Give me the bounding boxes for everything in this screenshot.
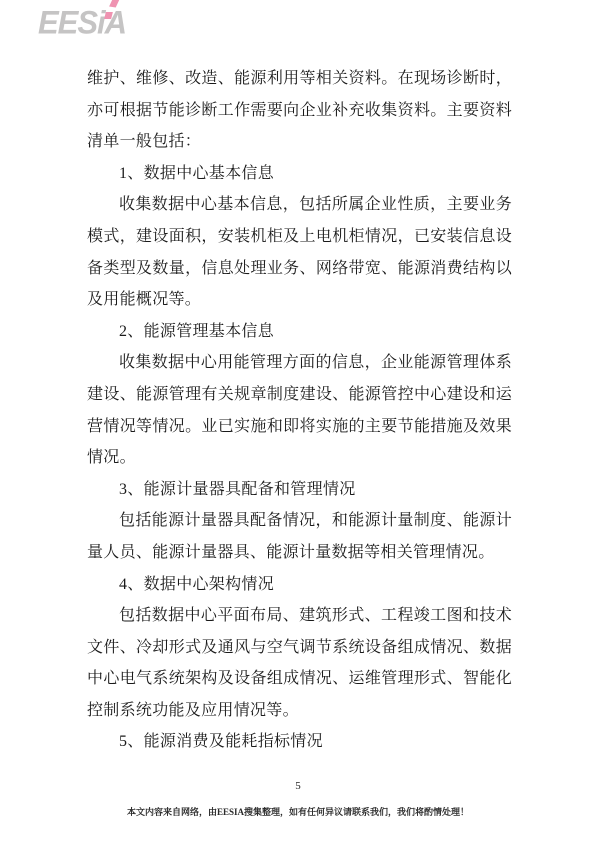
section-1-heading: 1、数据中心基本信息 xyxy=(87,158,512,190)
section-2-heading: 2、能源管理基本信息 xyxy=(87,316,512,348)
document-body: 维护、维修、改造、能源利用等相关资料。在现场诊断时，亦可根据节能诊断工作需要向企… xyxy=(87,63,512,758)
section-5-heading: 5、能源消费及能耗指标情况 xyxy=(87,726,512,758)
page-number: 5 xyxy=(0,780,596,792)
section-3-heading: 3、能源计量器具配备和管理情况 xyxy=(87,474,512,506)
intro-paragraph: 维护、维修、改造、能源利用等相关资料。在现场诊断时，亦可根据节能诊断工作需要向企… xyxy=(87,63,512,158)
section-4-body: 包括数据中心平面布局、建筑形式、工程竣工图和技术文件、冷却形式及通风与空气调节系… xyxy=(87,600,512,726)
eesia-logo: EESiA xyxy=(38,7,158,49)
document-page: EESiA 维护、维修、改造、能源利用等相关资料。在现场诊断时，亦可根据节能诊断… xyxy=(0,0,596,842)
section-2-body: 收集数据中心用能管理方面的信息，企业能源管理体系建设、能源管理有关规章制度建设、… xyxy=(87,347,512,473)
footer-disclaimer: 本文内容来自网络，由EESIA搜集整理，如有任何异议请联系我们，我们将酌情处理！ xyxy=(0,805,596,818)
section-3-body: 包括能源计量器具配备情况，和能源计量制度、能源计量人员、能源计量器具、能源计量数… xyxy=(87,505,512,568)
section-4-heading: 4、数据中心架构情况 xyxy=(87,569,512,601)
section-1-body: 收集数据中心基本信息，包括所属企业性质，主要业务模式，建设面积，安装机柜及上电机… xyxy=(87,189,512,315)
